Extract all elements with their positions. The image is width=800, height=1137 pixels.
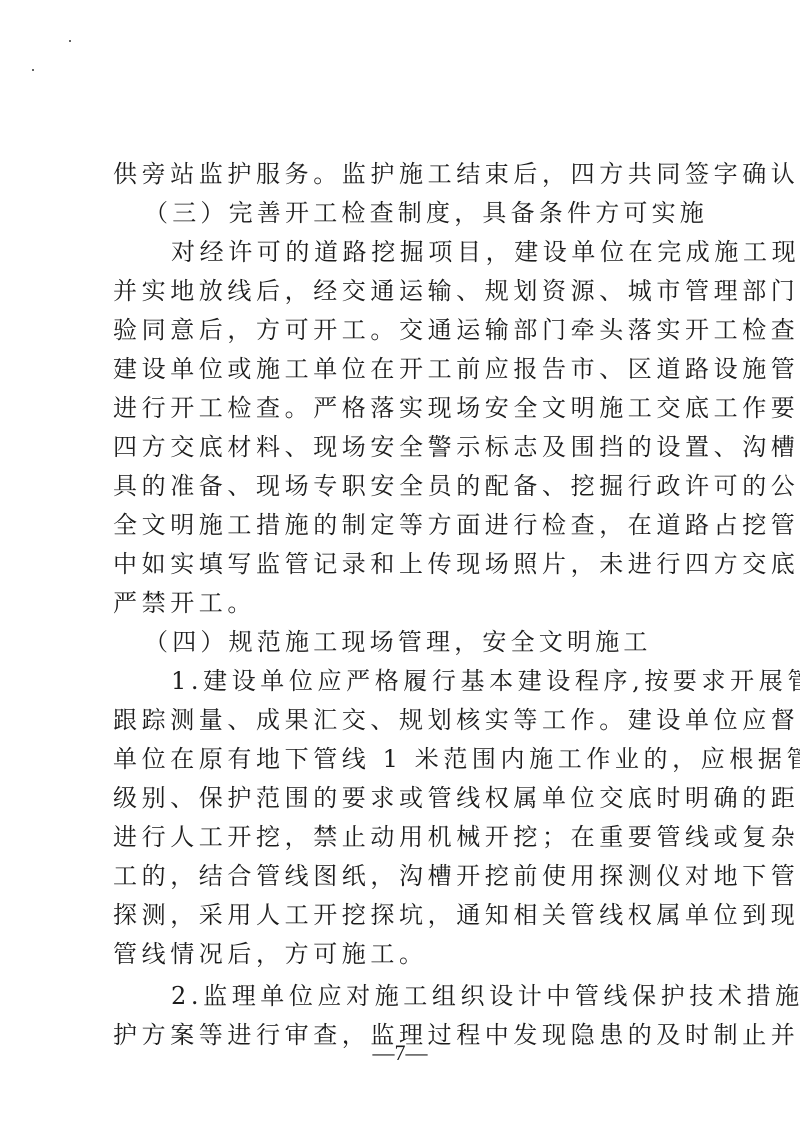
section-heading-3: （三）完善开工检查制度，具备条件方可实施 xyxy=(113,194,697,233)
text-line: 探测，采用人工开挖探坑，通知相关管线权属单位到现场确认 xyxy=(113,896,697,935)
text-line: 进行人工开挖，禁止动用机械开挖；在重要管线或复杂地段施 xyxy=(113,818,697,857)
text-line: 并实地放线后，经交通运输、规划资源、城市管理部门现场核 xyxy=(113,272,697,311)
text-line: 工的，结合管线图纸，沟槽开挖前使用探测仪对地下管线进行 xyxy=(113,857,697,896)
section-heading-4: （四）规范施工现场管理，安全文明施工 xyxy=(113,623,697,662)
text-line: 四方交底材料、现场安全警示标志及围挡的设置、沟槽切割机 xyxy=(113,428,697,467)
scan-speck xyxy=(69,40,71,42)
paragraph-start-line: 对经许可的道路挖掘项目，建设单位在完成施工现场清理 xyxy=(113,233,697,272)
text-line: 严禁开工。 xyxy=(113,584,697,623)
scan-speck xyxy=(32,69,34,71)
text-line: 管线情况后，方可施工。 xyxy=(113,935,697,974)
text-line: 全文明施工措施的制定等方面进行检查，在道路占挖管理系统 xyxy=(113,506,697,545)
text-line: 跟踪测量、成果汇交、规划核实等工作。建设单位应督促施工 xyxy=(113,701,697,740)
text-line: 供旁站监护服务。监护施工结束后，四方共同签字确认。 xyxy=(113,155,697,194)
text-line: 验同意后，方可开工。交通运输部门牵头落实开工检查制度， xyxy=(113,311,697,350)
text-line: 具的准备、现场专职安全员的配备、挖掘行政许可的公示、安 xyxy=(113,467,697,506)
text-line: 级别、保护范围的要求或管线权属单位交底时明确的距离要求， xyxy=(113,779,697,818)
document-body: 供旁站监护服务。监护施工结束后，四方共同签字确认。 （三）完善开工检查制度，具备… xyxy=(113,155,697,1055)
text-line: 建设单位或施工单位在开工前应报告市、区道路设施管理单位 xyxy=(113,350,697,389)
text-line: 中如实填写监管记录和上传现场照片，未进行四方交底的项目 xyxy=(113,545,697,584)
text-line: 单位在原有地下管线 1 米范围内施工作业的，应根据管线压力 xyxy=(113,740,697,779)
paragraph-start-line: 1.建设单位应严格履行基本建设程序,按要求开展管线放线、 xyxy=(113,662,697,701)
text-line: 进行开工检查。严格落实现场安全文明施工交底工作要求，对 xyxy=(113,389,697,428)
paragraph-start-line: 2.监理单位应对施工组织设计中管线保护技术措施、管线保 xyxy=(113,977,697,1016)
page-number: —7— xyxy=(0,1040,800,1066)
